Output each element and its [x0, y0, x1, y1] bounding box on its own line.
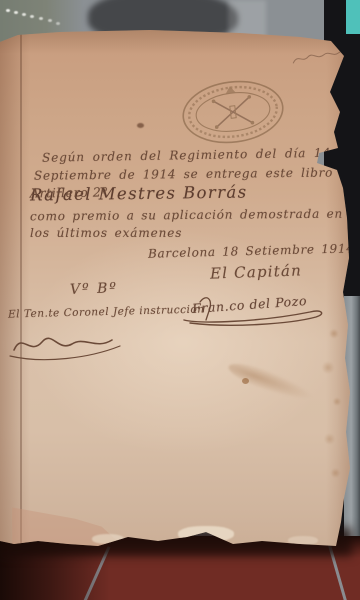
page-edge-specks — [6, 9, 10, 12]
dedication-line-3: Artillero 2º Rafael Mestres Borrás — [30, 182, 248, 204]
recipient-rank: Artillero 2º — [30, 184, 108, 200]
book-page: Según orden del Regimiento del día 14 de… — [0, 0, 352, 552]
colonel-signature — [8, 326, 126, 366]
dedication-line-4: como premio a su aplicación demostrada e… — [30, 207, 343, 224]
teal-frame-edge — [346, 0, 360, 34]
dateline: Barcelona 18 Setiembre 1914 — [148, 241, 355, 260]
binding-gutter-shade — [0, 0, 30, 552]
binding-crease — [20, 32, 22, 547]
edge-foxing — [316, 320, 346, 490]
regiment-stamp-icon — [174, 70, 292, 155]
vobo-mark: Vº Bº — [70, 280, 119, 298]
captain-title: El Capitán — [210, 261, 303, 282]
fox-spot — [242, 378, 249, 384]
dedication-line-1: Según orden del Regimiento del día 14 de — [42, 145, 356, 164]
ink-stain — [225, 357, 316, 407]
dedication-line-5: los últimos exámenes — [30, 226, 182, 240]
dedication-line-2: Septiembre de 1914 se entrega este libro… — [34, 165, 353, 182]
fox-spot — [137, 123, 144, 128]
photo-of-book-page: Según orden del Regimiento del día 14 de… — [0, 0, 360, 600]
